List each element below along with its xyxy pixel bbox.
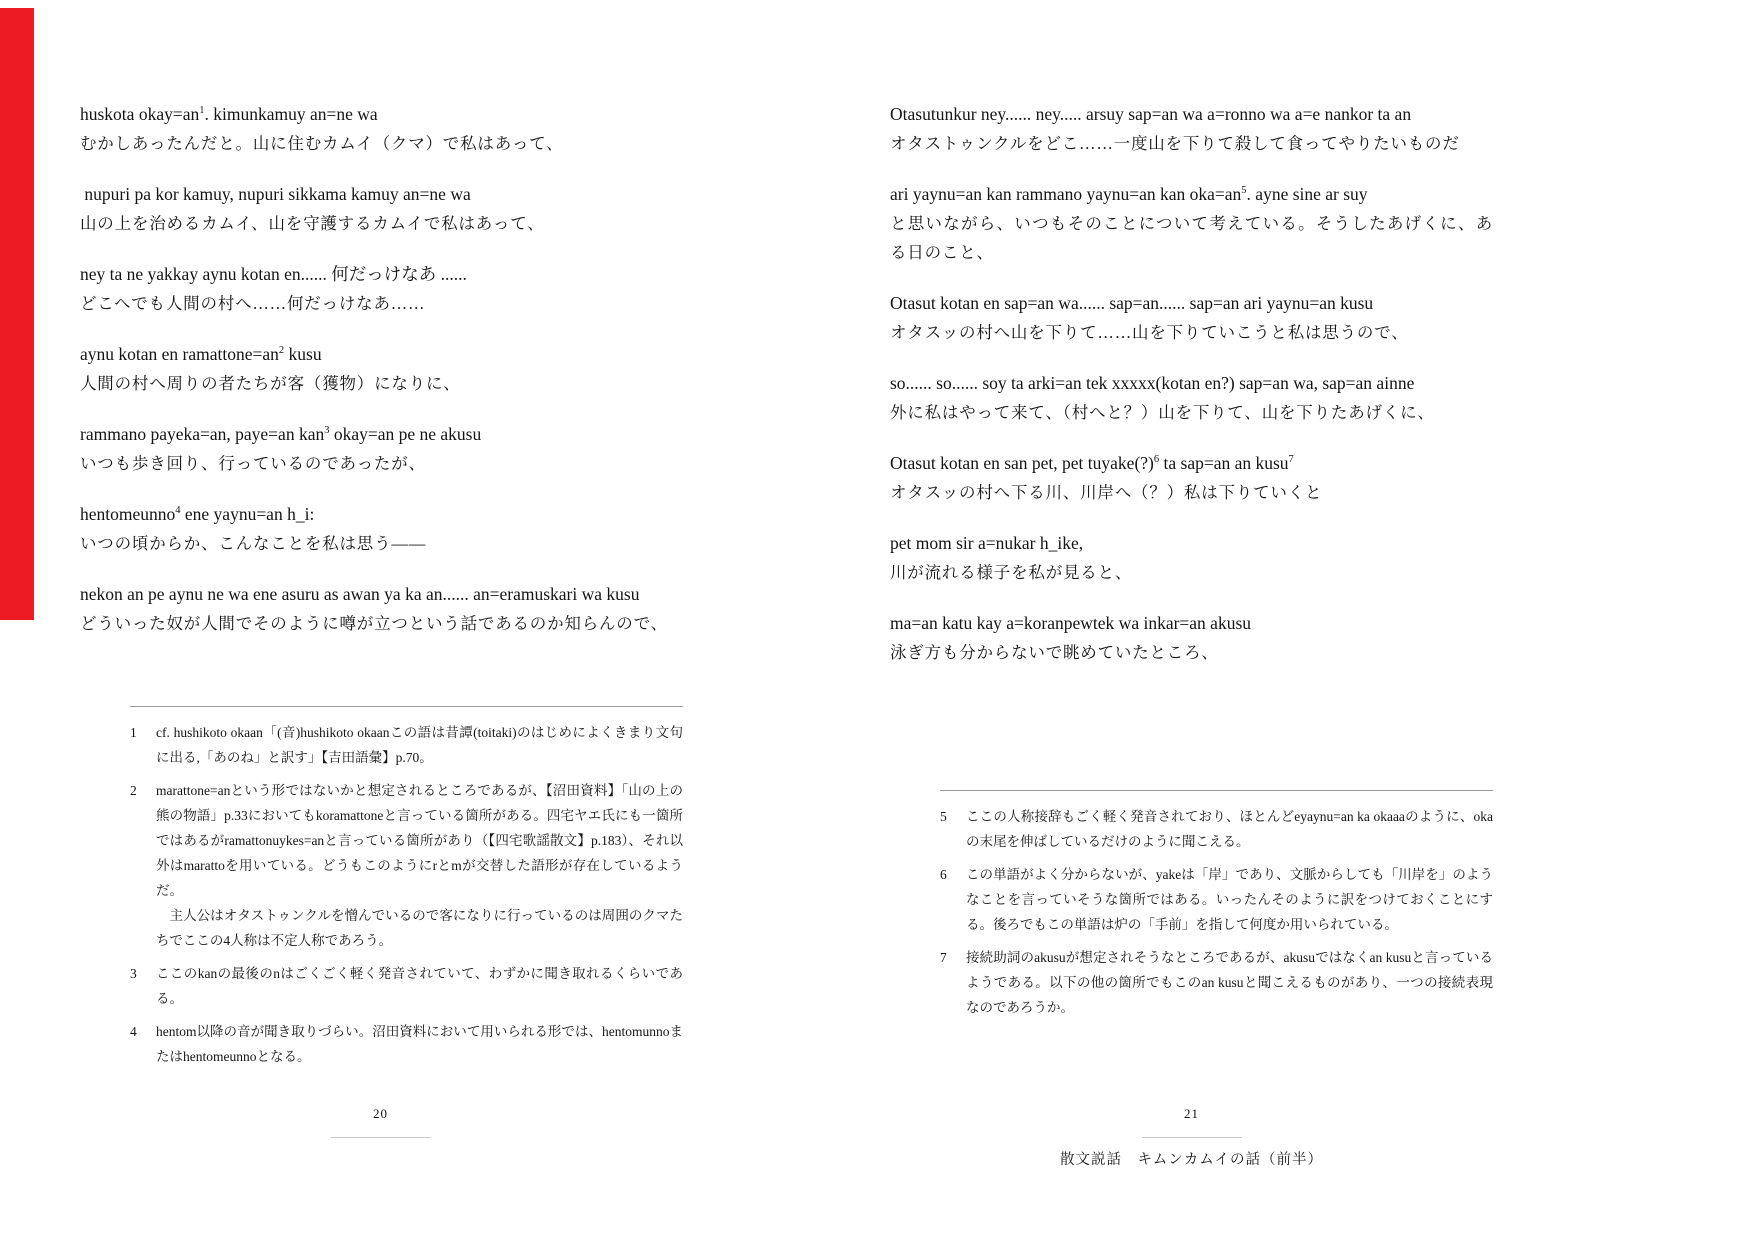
page-right: Otasutunkur ney...... ney..... arsuy sap… (890, 0, 1493, 1240)
text-paragraph: nupuri pa kor kamuy, nupuri sikkama kamu… (80, 180, 681, 238)
ainu-line: hentomeunno4 ene yaynu=an h_i: (80, 500, 681, 529)
japanese-translation-line: 人間の村へ周りの者たちが客（獲物）になりに、 (80, 369, 681, 398)
japanese-translation-line: と思いながら、いつもそのことについて考えている。そうしたあげくに、ある日のこと、 (890, 209, 1493, 267)
footnote-number: 7 (940, 945, 966, 1020)
footnote: 7接続助詞のakusuが想定されそうなところであるが、akusuではなくan k… (940, 945, 1493, 1020)
left-footnotes: 1cf. hushikoto okaan「(音)hushikoto okaanこ… (130, 706, 683, 1077)
text-paragraph: huskota okay=an1. kimunkamuy an=ne waむかし… (80, 100, 681, 158)
ainu-line: nekon an pe aynu ne wa ene asuru as awan… (80, 580, 681, 609)
japanese-translation-line: オタスッの村へ山を下りて……山を下りていこうと私は思うので、 (890, 318, 1493, 347)
red-edge-marker (0, 8, 34, 620)
ainu-line: ney ta ne yakkay aynu kotan en...... 何だっ… (80, 260, 681, 289)
japanese-translation-line: 川が流れる様子を私が見ると、 (890, 558, 1493, 587)
footnote-text: 接続助詞のakusuが想定されそうなところであるが、akusuではなくan ku… (966, 945, 1493, 1020)
footnote-ref: 3 (324, 425, 329, 436)
page-number-left: 20 (80, 1106, 681, 1122)
right-footnotes: 5ここの人称接辞もごく軽く発音されており、ほとんどeyaynu=an ka ok… (940, 790, 1493, 1028)
ainu-line: Otasutunkur ney...... ney..... arsuy sap… (890, 100, 1493, 129)
japanese-translation-line: いつの頃からか、こんなことを私は思う—— (80, 529, 681, 558)
footnote-text: cf. hushikoto okaan「(音)hushikoto okaanこの… (156, 720, 683, 770)
ainu-line: pet mom sir a=nukar h_ike, (890, 529, 1493, 558)
footnote-text: この単語がよく分からないが、yakeは「岸」であり、文脈からしても「川岸を」のよ… (966, 862, 1493, 937)
ainu-line: nupuri pa kor kamuy, nupuri sikkama kamu… (80, 180, 681, 209)
right-main-text: Otasutunkur ney...... ney..... arsuy sap… (890, 100, 1493, 689)
footnote-ref: 2 (279, 345, 284, 356)
footnote-ref: 7 (1289, 454, 1294, 465)
left-main-text: huskota okay=an1. kimunkamuy an=ne waむかし… (80, 100, 681, 660)
text-paragraph: ari yaynu=an kan rammano yaynu=an kan ok… (890, 180, 1493, 267)
japanese-translation-line: いつも歩き回り、行っているのであったが、 (80, 449, 681, 478)
ainu-line: aynu kotan en ramattone=an2 kusu (80, 340, 681, 369)
footnote: 2marattone=anという形ではないかと想定されるところであるが、【沼田資… (130, 778, 683, 953)
footnote-ref: 6 (1154, 454, 1159, 465)
text-paragraph: Otasutunkur ney...... ney..... arsuy sap… (890, 100, 1493, 158)
japanese-translation-line: 山の上を治めるカムイ、山を守護するカムイで私はあって、 (80, 209, 681, 238)
ainu-line: rammano payeka=an, paye=an kan3 okay=an … (80, 420, 681, 449)
footnote: 4hentom以降の音が聞き取りづらい。沼田資料において用いられる形では、hen… (130, 1019, 683, 1069)
page-number-right: 21 (890, 1106, 1493, 1122)
text-paragraph: ma=an katu kay a=koranpewtek wa inkar=an… (890, 609, 1493, 667)
footnote-text: marattone=anという形ではないかと想定されるところであるが、【沼田資料… (156, 778, 683, 953)
footnote-number: 1 (130, 720, 156, 770)
ainu-line: Otasut kotan en san pet, pet tuyake(?)6 … (890, 449, 1493, 478)
page-number-rule-right (1142, 1137, 1242, 1138)
japanese-translation-line: むかしあったんだと。山に住むカムイ（クマ）で私はあって、 (80, 129, 681, 158)
page-left: huskota okay=an1. kimunkamuy an=ne waむかし… (80, 0, 681, 1240)
japanese-translation-line: オタスッの村へ下る川、川岸へ（？）私は下りていくと (890, 478, 1493, 507)
text-paragraph: so...... so...... soy ta arki=an tek xxx… (890, 369, 1493, 427)
text-paragraph: nekon an pe aynu ne wa ene asuru as awan… (80, 580, 681, 638)
text-paragraph: hentomeunno4 ene yaynu=an h_i:いつの頃からか、こん… (80, 500, 681, 558)
text-paragraph: Otasut kotan en san pet, pet tuyake(?)6 … (890, 449, 1493, 507)
footnote: 5ここの人称接辞もごく軽く発音されており、ほとんどeyaynu=an ka ok… (940, 804, 1493, 854)
ainu-line: ari yaynu=an kan rammano yaynu=an kan ok… (890, 180, 1493, 209)
footnote-number: 6 (940, 862, 966, 937)
footnote-number: 2 (130, 778, 156, 953)
right-page-foot: 21 (890, 1106, 1493, 1138)
page-number-rule-left (331, 1137, 431, 1138)
footnote-number: 3 (130, 961, 156, 1011)
text-paragraph: rammano payeka=an, paye=an kan3 okay=an … (80, 420, 681, 478)
footnote: 1cf. hushikoto okaan「(音)hushikoto okaanこ… (130, 720, 683, 770)
footnote-number: 5 (940, 804, 966, 854)
text-paragraph: Otasut kotan en sap=an wa...... sap=an..… (890, 289, 1493, 347)
footnote: 6この単語がよく分からないが、yakeは「岸」であり、文脈からしても「川岸を」の… (940, 862, 1493, 937)
footnote-number: 4 (130, 1019, 156, 1069)
ainu-line: huskota okay=an1. kimunkamuy an=ne wa (80, 100, 681, 129)
footnote: 3ここのkanの最後のnはごくごく軽く発音されていて、わずかに聞き取れるくらいで… (130, 961, 683, 1011)
text-paragraph: aynu kotan en ramattone=an2 kusu人間の村へ周りの… (80, 340, 681, 398)
ainu-line: ma=an katu kay a=koranpewtek wa inkar=an… (890, 609, 1493, 638)
japanese-translation-line: 泳ぎ方も分からないで眺めていたところ、 (890, 638, 1493, 667)
ainu-line: so...... so...... soy ta arki=an tek xxx… (890, 369, 1493, 398)
left-page-foot: 20 (80, 1106, 681, 1138)
text-paragraph: ney ta ne yakkay aynu kotan en...... 何だっ… (80, 260, 681, 318)
footnote-ref: 4 (175, 505, 180, 516)
japanese-translation-line: どこへでも人間の村へ……何だっけなあ…… (80, 289, 681, 318)
footnote-text: hentom以降の音が聞き取りづらい。沼田資料において用いられる形では、hent… (156, 1019, 683, 1069)
japanese-translation-line: どういった奴が人間でそのように噂が立つという話であるのか知らんので、 (80, 609, 681, 638)
japanese-translation-line: 外に私はやって来て、（村へと？）山を下りて、山を下りたあげくに、 (890, 398, 1493, 427)
running-title: 散文説話 キムンカムイの話（前半） (890, 1148, 1493, 1169)
text-paragraph: pet mom sir a=nukar h_ike,川が流れる様子を私が見ると、 (890, 529, 1493, 587)
footnote-text: ここのkanの最後のnはごくごく軽く発音されていて、わずかに聞き取れるくらいであ… (156, 961, 683, 1011)
footnote-ref: 5 (1241, 185, 1246, 196)
footnote-text: ここの人称接辞もごく軽く発音されており、ほとんどeyaynu=an ka oka… (966, 804, 1493, 854)
ainu-line: Otasut kotan en sap=an wa...... sap=an..… (890, 289, 1493, 318)
japanese-translation-line: オタストゥンクルをどこ……一度山を下りて殺して食ってやりたいものだ (890, 129, 1493, 158)
footnote-ref: 1 (199, 105, 204, 116)
